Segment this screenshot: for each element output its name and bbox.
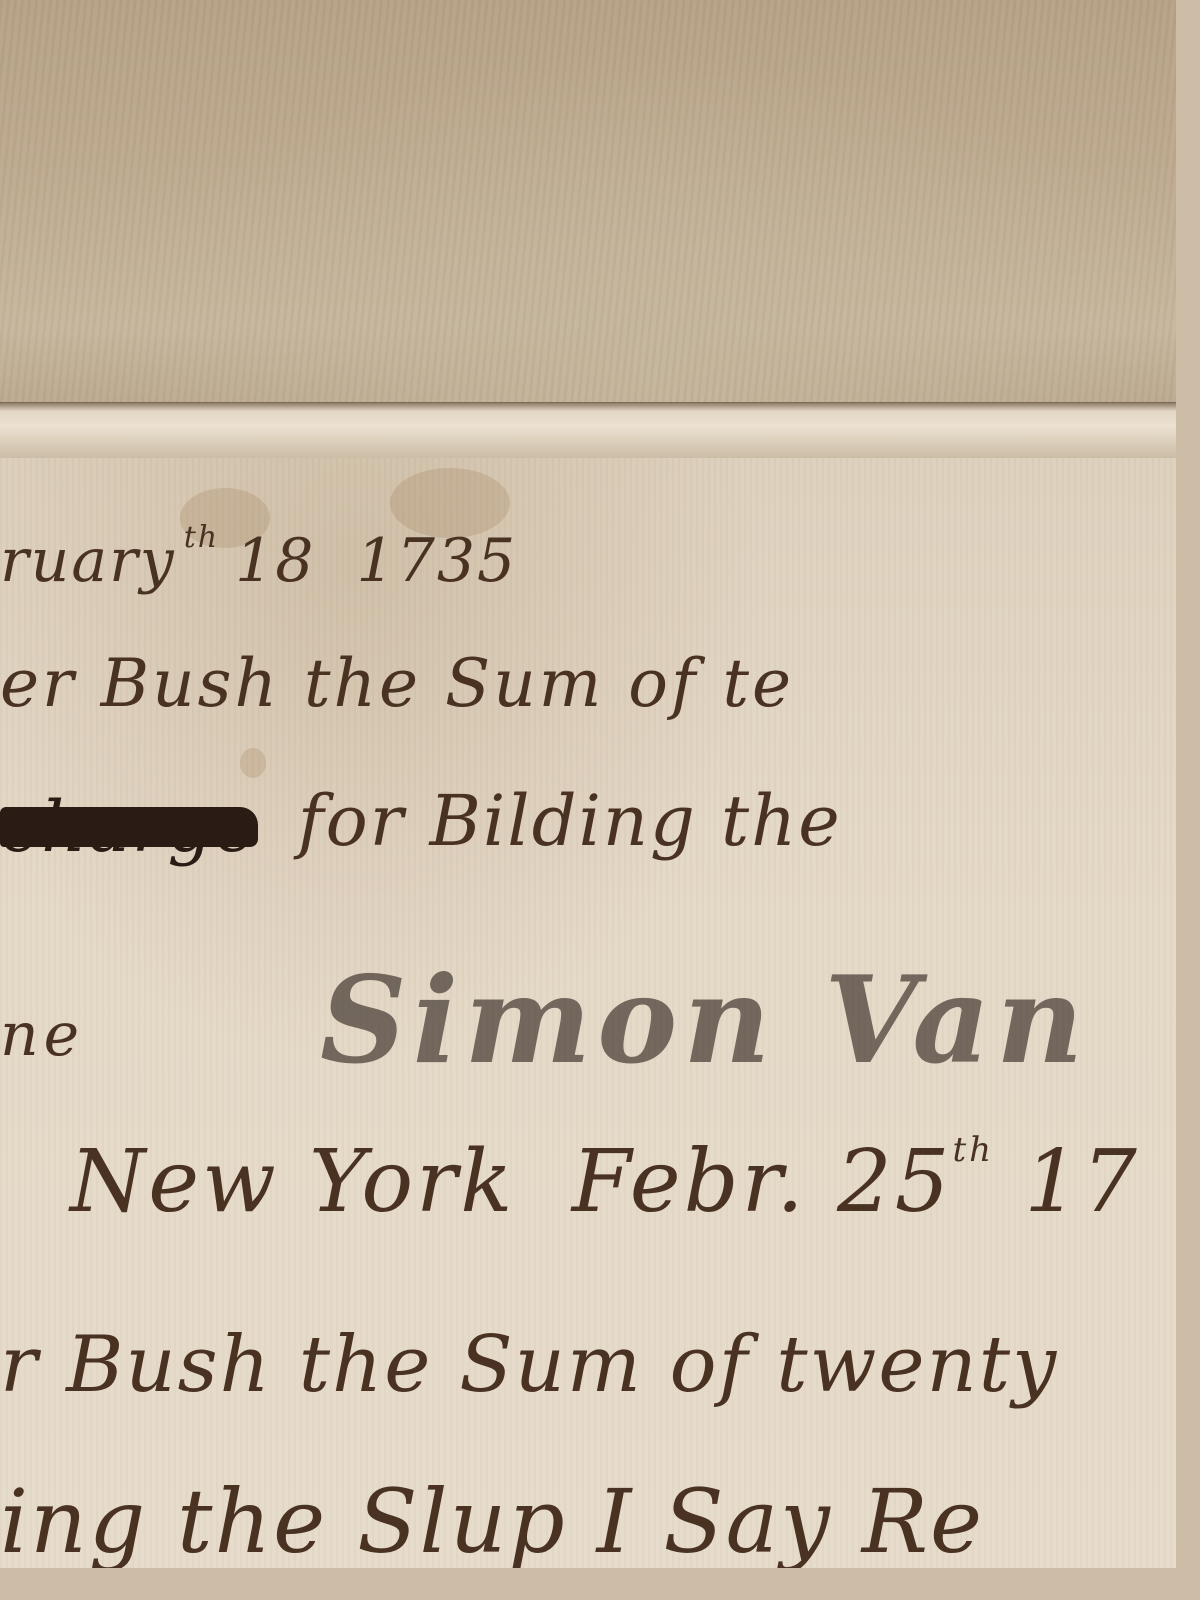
signature: Simon Van	[320, 950, 1089, 1091]
entry1-line-4-fragment: ne	[0, 1000, 84, 1070]
struck-out-word: charge	[0, 807, 258, 847]
year: 1735	[357, 526, 518, 596]
entry2-date-line: New York Febr. 25th 17	[70, 1130, 1140, 1232]
day-suffix: th	[952, 1130, 994, 1170]
entry2-line-2: r Bush the Sum of twenty	[0, 1320, 1058, 1410]
day: 18	[235, 526, 315, 596]
day-suffix: th	[184, 520, 219, 555]
place: New York	[70, 1132, 515, 1232]
entry1-line-3: chargefor Bilding the	[0, 780, 842, 862]
entry2-line-3: ing the Slup I Say Re	[0, 1470, 984, 1568]
day: 25	[837, 1132, 952, 1232]
entry1-line-2: er Bush the Sum of te	[0, 645, 794, 722]
page-top-edge	[0, 402, 1176, 461]
paper-stain	[240, 748, 266, 778]
book-binding-gutter	[0, 0, 1176, 410]
month-fragment: ruary	[0, 526, 176, 596]
line-3-text: for Bilding the	[298, 780, 842, 862]
entry1-date-line: ruaryth18 1735	[0, 520, 517, 596]
year-fragment: 17	[1024, 1132, 1139, 1232]
month: Febr	[572, 1132, 777, 1232]
